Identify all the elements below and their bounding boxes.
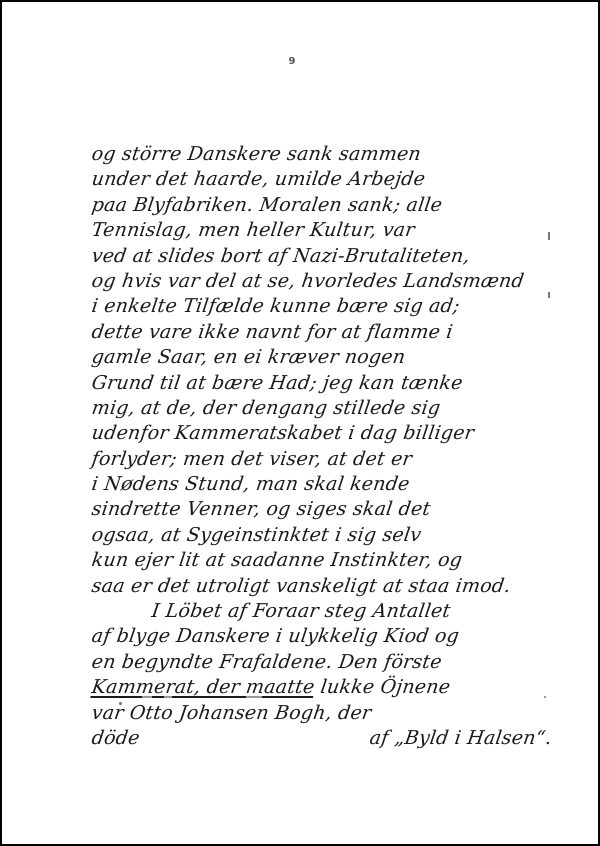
manuscript-line: mig, at de, der dengang stillede sig [90,396,564,421]
scan-speck [544,696,546,698]
manuscript-line: Tennislag, men heller Kultur, var [90,218,564,243]
manuscript-line: dette vare ikke navnt for at flamme i [90,320,564,345]
closing-line: döde af „Byld i Halsen“. [90,726,564,751]
handwritten-manuscript: og större Danskere sank sammen under det… [90,142,560,751]
paragraph-opening-line: I Löbet af Foraar steg Antallet [90,599,564,624]
page-number: 9 [2,56,582,67]
scan-artifact [548,232,550,240]
manuscript-line: i enkelte Tilfælde kunne bære sig ad; [90,294,564,319]
underlined-line: Kammerat, der maatte lukke Öjnene [90,675,564,700]
manuscript-line: en begyndte Frafaldene. Den förste [90,650,564,675]
manuscript-line: kun ejer lit at saadanne Instinkter, og [90,548,564,573]
manuscript-line: gamle Saar, en ei kræver nogen [90,345,564,370]
manuscript-line: var Otto Johansen Bogh, der [90,701,564,726]
manuscript-line: i Nødens Stund, man skal kende [90,472,564,497]
closing-left: döde [90,727,141,749]
scan-speck [119,702,122,705]
manuscript-line: paa Blyfabriken. Moralen sank; alle [90,193,564,218]
document-page: 9 og större Danskere sank sammen under d… [2,2,598,844]
manuscript-line: ved at slides bort af Nazi-Brutaliteten, [90,244,564,269]
scan-artifact [548,292,550,298]
scan-artifact [164,696,172,698]
manuscript-line: ogsaa, at Sygeinstinktet i sig selv [90,523,564,548]
manuscript-line: udenfor Kammeratskabet i dag billiger [90,421,564,446]
manuscript-line: af blyge Danskere i ulykkelig Kiod og [90,624,564,649]
manuscript-line: under det haarde, umilde Arbejde [90,167,564,192]
manuscript-line: og större Danskere sank sammen [90,142,564,167]
scan-artifact [246,696,262,698]
manuscript-line: forlyder; men det viser, at det er [90,447,564,472]
manuscript-line: saa er det utroligt vanskeligt at staa i… [90,574,564,599]
scan-artifact [142,696,152,698]
manuscript-line: sindrette Venner, og siges skal det [90,497,564,522]
line-rest: lukke Öjnene [319,676,452,698]
underlined-phrase: Kammerat, der maatte [90,676,316,698]
manuscript-line: og hvis var del at se, hvorledes Landsmæ… [90,269,564,294]
closing-right: af „Byld i Halsen“. [368,726,554,751]
manuscript-line: Grund til at bære Had; jeg kan tænke [90,371,564,396]
